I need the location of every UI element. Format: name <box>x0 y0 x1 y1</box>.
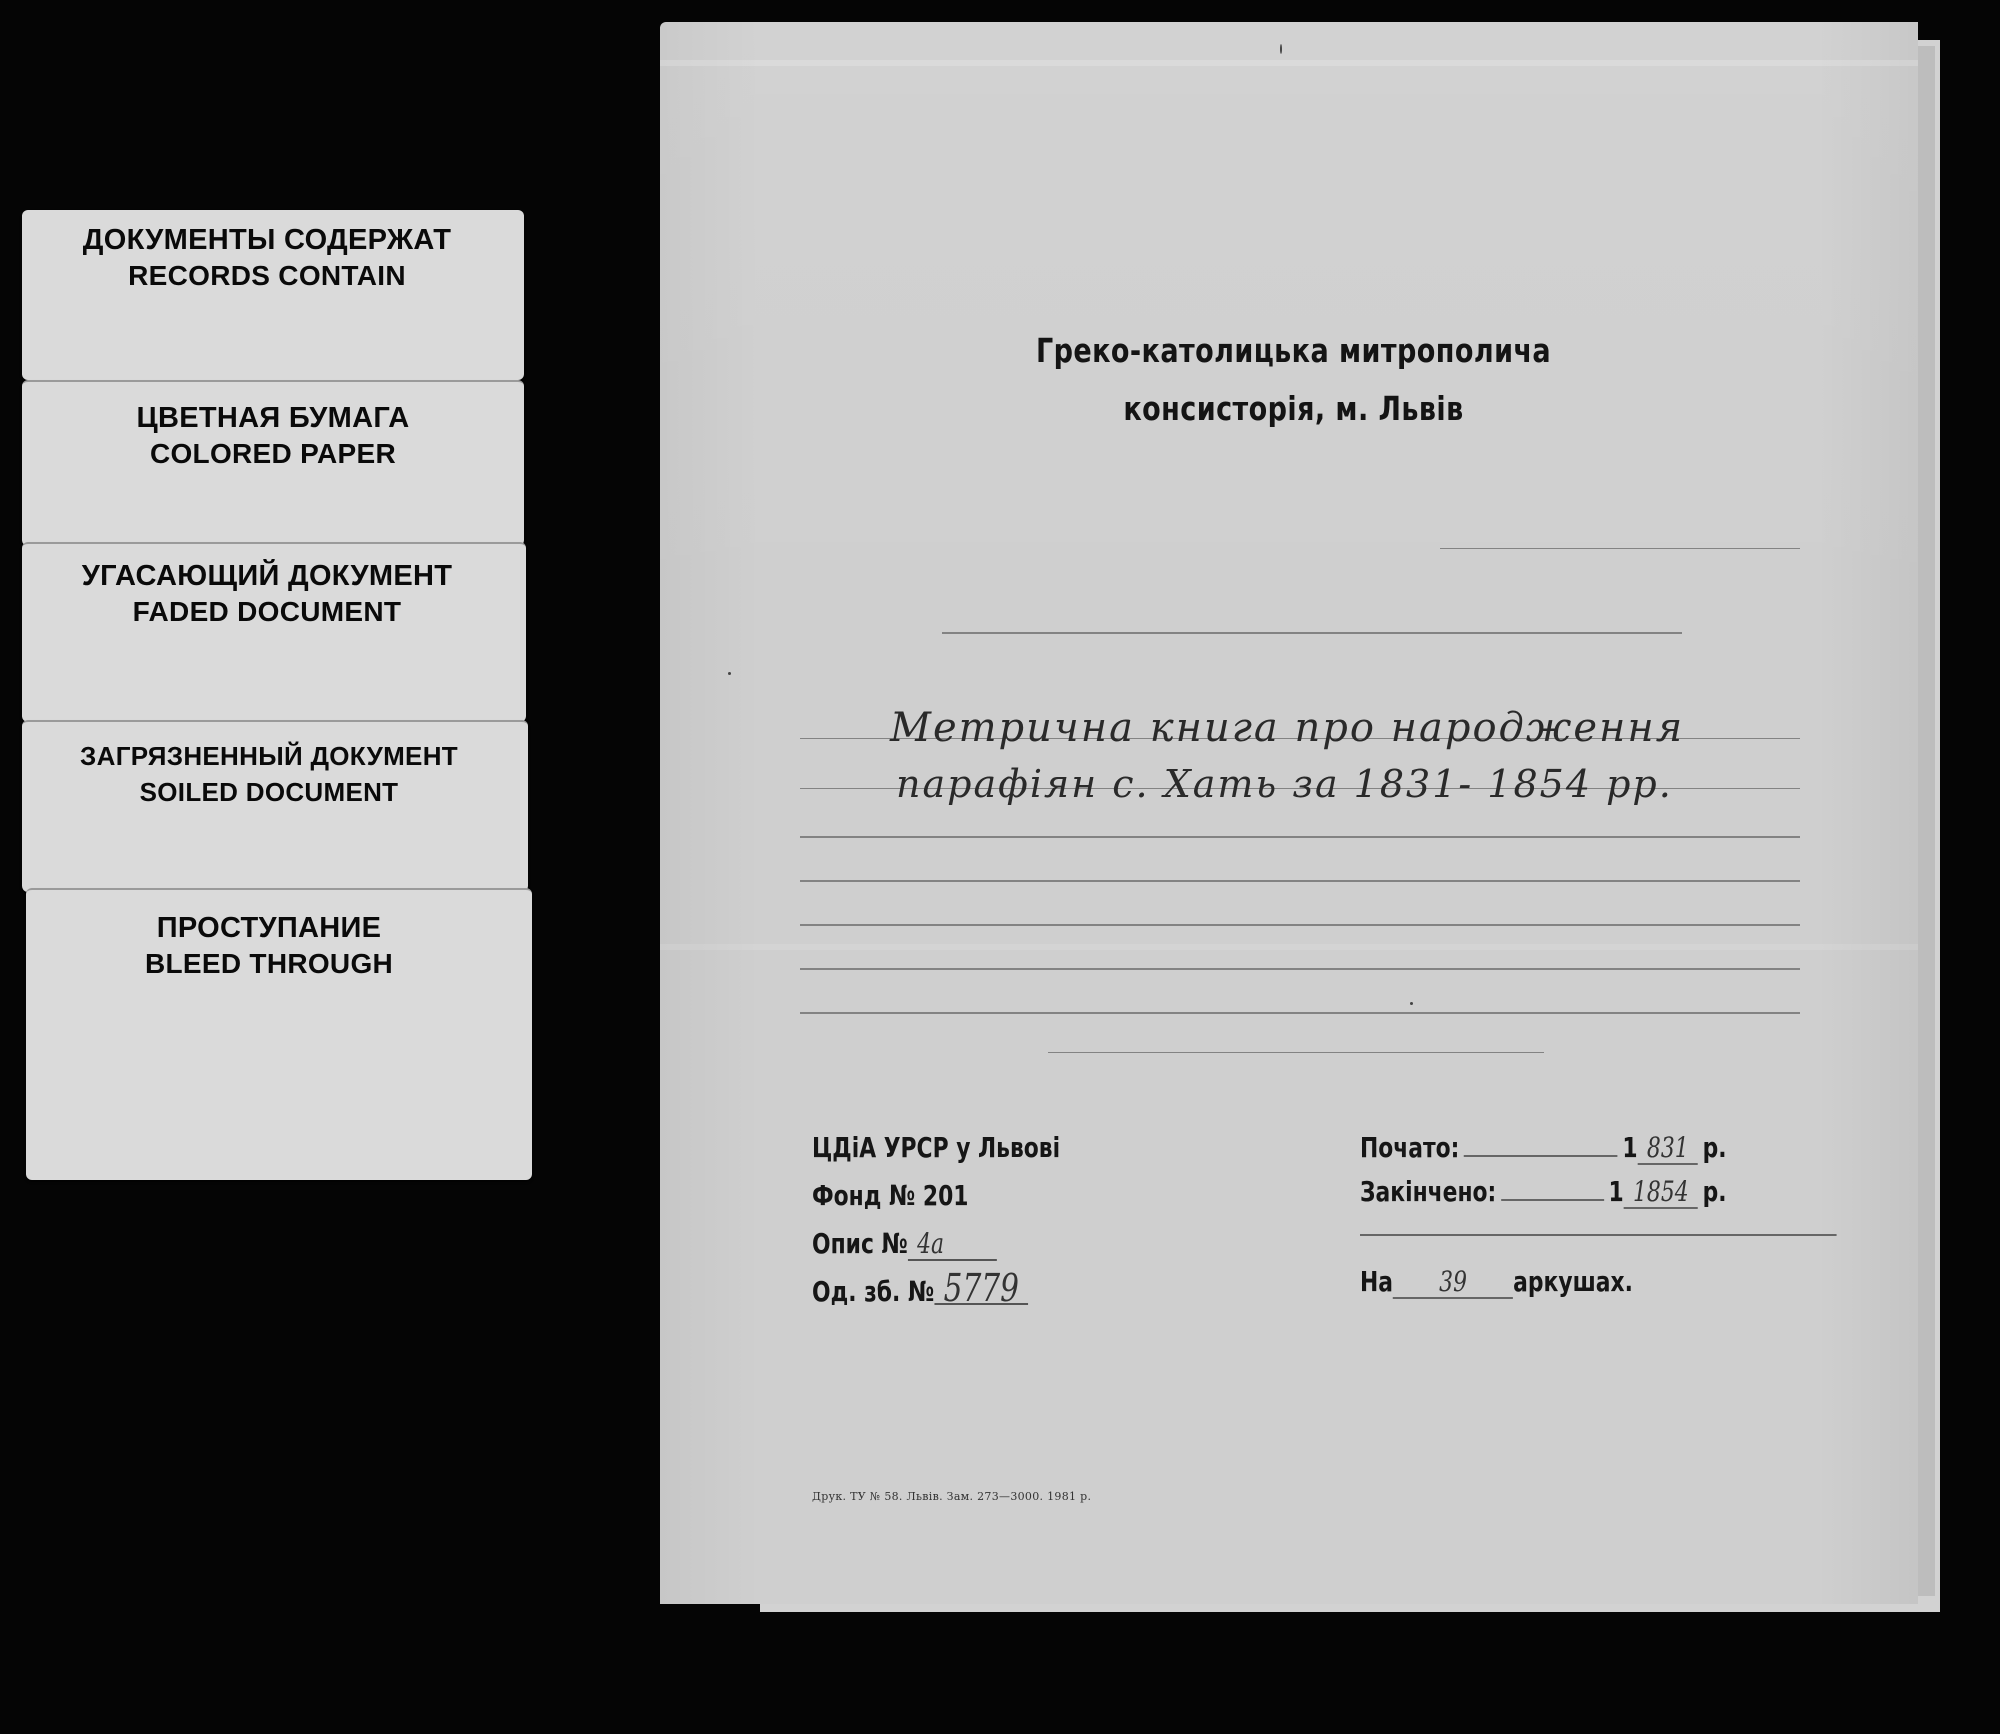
fond-number: № 201 <box>889 1179 968 1212</box>
started-prefix: 1 <box>1622 1126 1637 1170</box>
flag-card-records-contain: ДОКУМЕНТЫ СОДЕРЖАТ RECORDS CONTAIN <box>22 210 524 380</box>
flag-ru-label: ЦВЕТНАЯ БУМАГА <box>22 400 524 436</box>
blank-rule <box>1048 1052 1544 1053</box>
opys-label: Опис № <box>812 1227 908 1260</box>
ended-prefix: 1 <box>1608 1170 1623 1214</box>
flag-ru-label: ДОКУМЕНТЫ СОДЕРЖАТ <box>22 222 512 258</box>
flag-en-label: COLORED PAPER <box>22 436 524 472</box>
flag-card-bleed-through: ПРОСТУПАНИЕ BLEED THROUGH <box>26 888 532 1180</box>
paper-speck <box>728 672 731 675</box>
flag-en-label: FADED DOCUMENT <box>22 594 512 630</box>
year-suffix: р. <box>1703 1126 1727 1170</box>
consistory-header: Греко-католицька митрополича консисторія… <box>778 322 1810 438</box>
fill-line <box>1464 1133 1618 1157</box>
handwritten-title-line-2: парафіян с. Хать за 1831- 1854 рр. <box>896 762 1673 806</box>
blank-rule <box>800 968 1800 970</box>
sheets-label: На <box>1360 1260 1393 1304</box>
ended-value: 1854 <box>1624 1177 1698 1209</box>
paper-speck <box>1280 44 1282 54</box>
fold-line <box>660 60 1918 66</box>
started-label: Почато: <box>1360 1126 1459 1170</box>
header-line-1: Греко-католицька митрополича <box>778 322 1810 380</box>
printer-imprint: Друк. ТУ № 58. Львів. Зам. 273—3000. 198… <box>812 1490 1091 1503</box>
year-suffix: р. <box>1703 1170 1727 1214</box>
archive-institution: ЦДіА УРСР у Львові <box>812 1124 1060 1172</box>
dates-block: Почато: 1 831 р. Закінчено: 1 1854 р. На… <box>1360 1126 1727 1304</box>
sheets-value: 39 <box>1393 1267 1513 1299</box>
flag-card-soiled-document: ЗАГРЯЗНЕННЫЙ ДОКУМЕНТ SOILED DOCUMENT <box>22 720 528 892</box>
blank-rule <box>1440 548 1800 549</box>
fold-line <box>660 944 1918 950</box>
separator-rule <box>1360 1234 1837 1236</box>
flag-card-faded-document: УГАСАЮЩИЙ ДОКУМЕНТ FADED DOCUMENT <box>22 542 526 722</box>
flag-en-label: RECORDS CONTAIN <box>22 258 512 294</box>
flag-ru-label: УГАСАЮЩИЙ ДОКУМЕНТ <box>22 558 512 594</box>
flag-card-colored-paper: ЦВЕТНАЯ БУМАГА COLORED PAPER <box>22 380 524 546</box>
blank-rule <box>800 1012 1800 1014</box>
handwritten-title-line-1: Метрична книга про народження <box>890 705 1684 751</box>
sheets-suffix: аркушах. <box>1513 1260 1633 1304</box>
flag-en-label: SOILED DOCUMENT <box>22 774 516 810</box>
flag-ru-label: ЗАГРЯЗНЕННЫЙ ДОКУМЕНТ <box>22 738 516 774</box>
blank-rule <box>800 880 1800 882</box>
archive-reference-block: ЦДіА УРСР у Львові Фонд № 201 Опис №4а О… <box>812 1124 1060 1316</box>
fond-label: Фонд <box>812 1179 881 1212</box>
blank-rule <box>800 924 1800 926</box>
ended-label: Закінчено: <box>1360 1170 1496 1214</box>
blank-rule <box>800 836 1800 838</box>
folder-edge <box>1916 46 1935 1596</box>
started-value: 831 <box>1638 1133 1698 1165</box>
flag-ru-label: ПРОСТУПАНИЕ <box>26 910 512 946</box>
unit-value: 5779 <box>934 1273 1028 1305</box>
flag-en-label: BLEED THROUGH <box>26 946 512 982</box>
header-line-2: консисторія, м. Львів <box>778 380 1810 438</box>
blank-rule <box>942 632 1682 634</box>
fill-line <box>1501 1177 1604 1201</box>
paper-speck <box>1410 1002 1413 1005</box>
opys-value: 4а <box>908 1229 997 1261</box>
archive-folder-cover: Греко-католицька митрополича консисторія… <box>660 22 1918 1604</box>
unit-label: Од. зб. № <box>812 1275 934 1308</box>
